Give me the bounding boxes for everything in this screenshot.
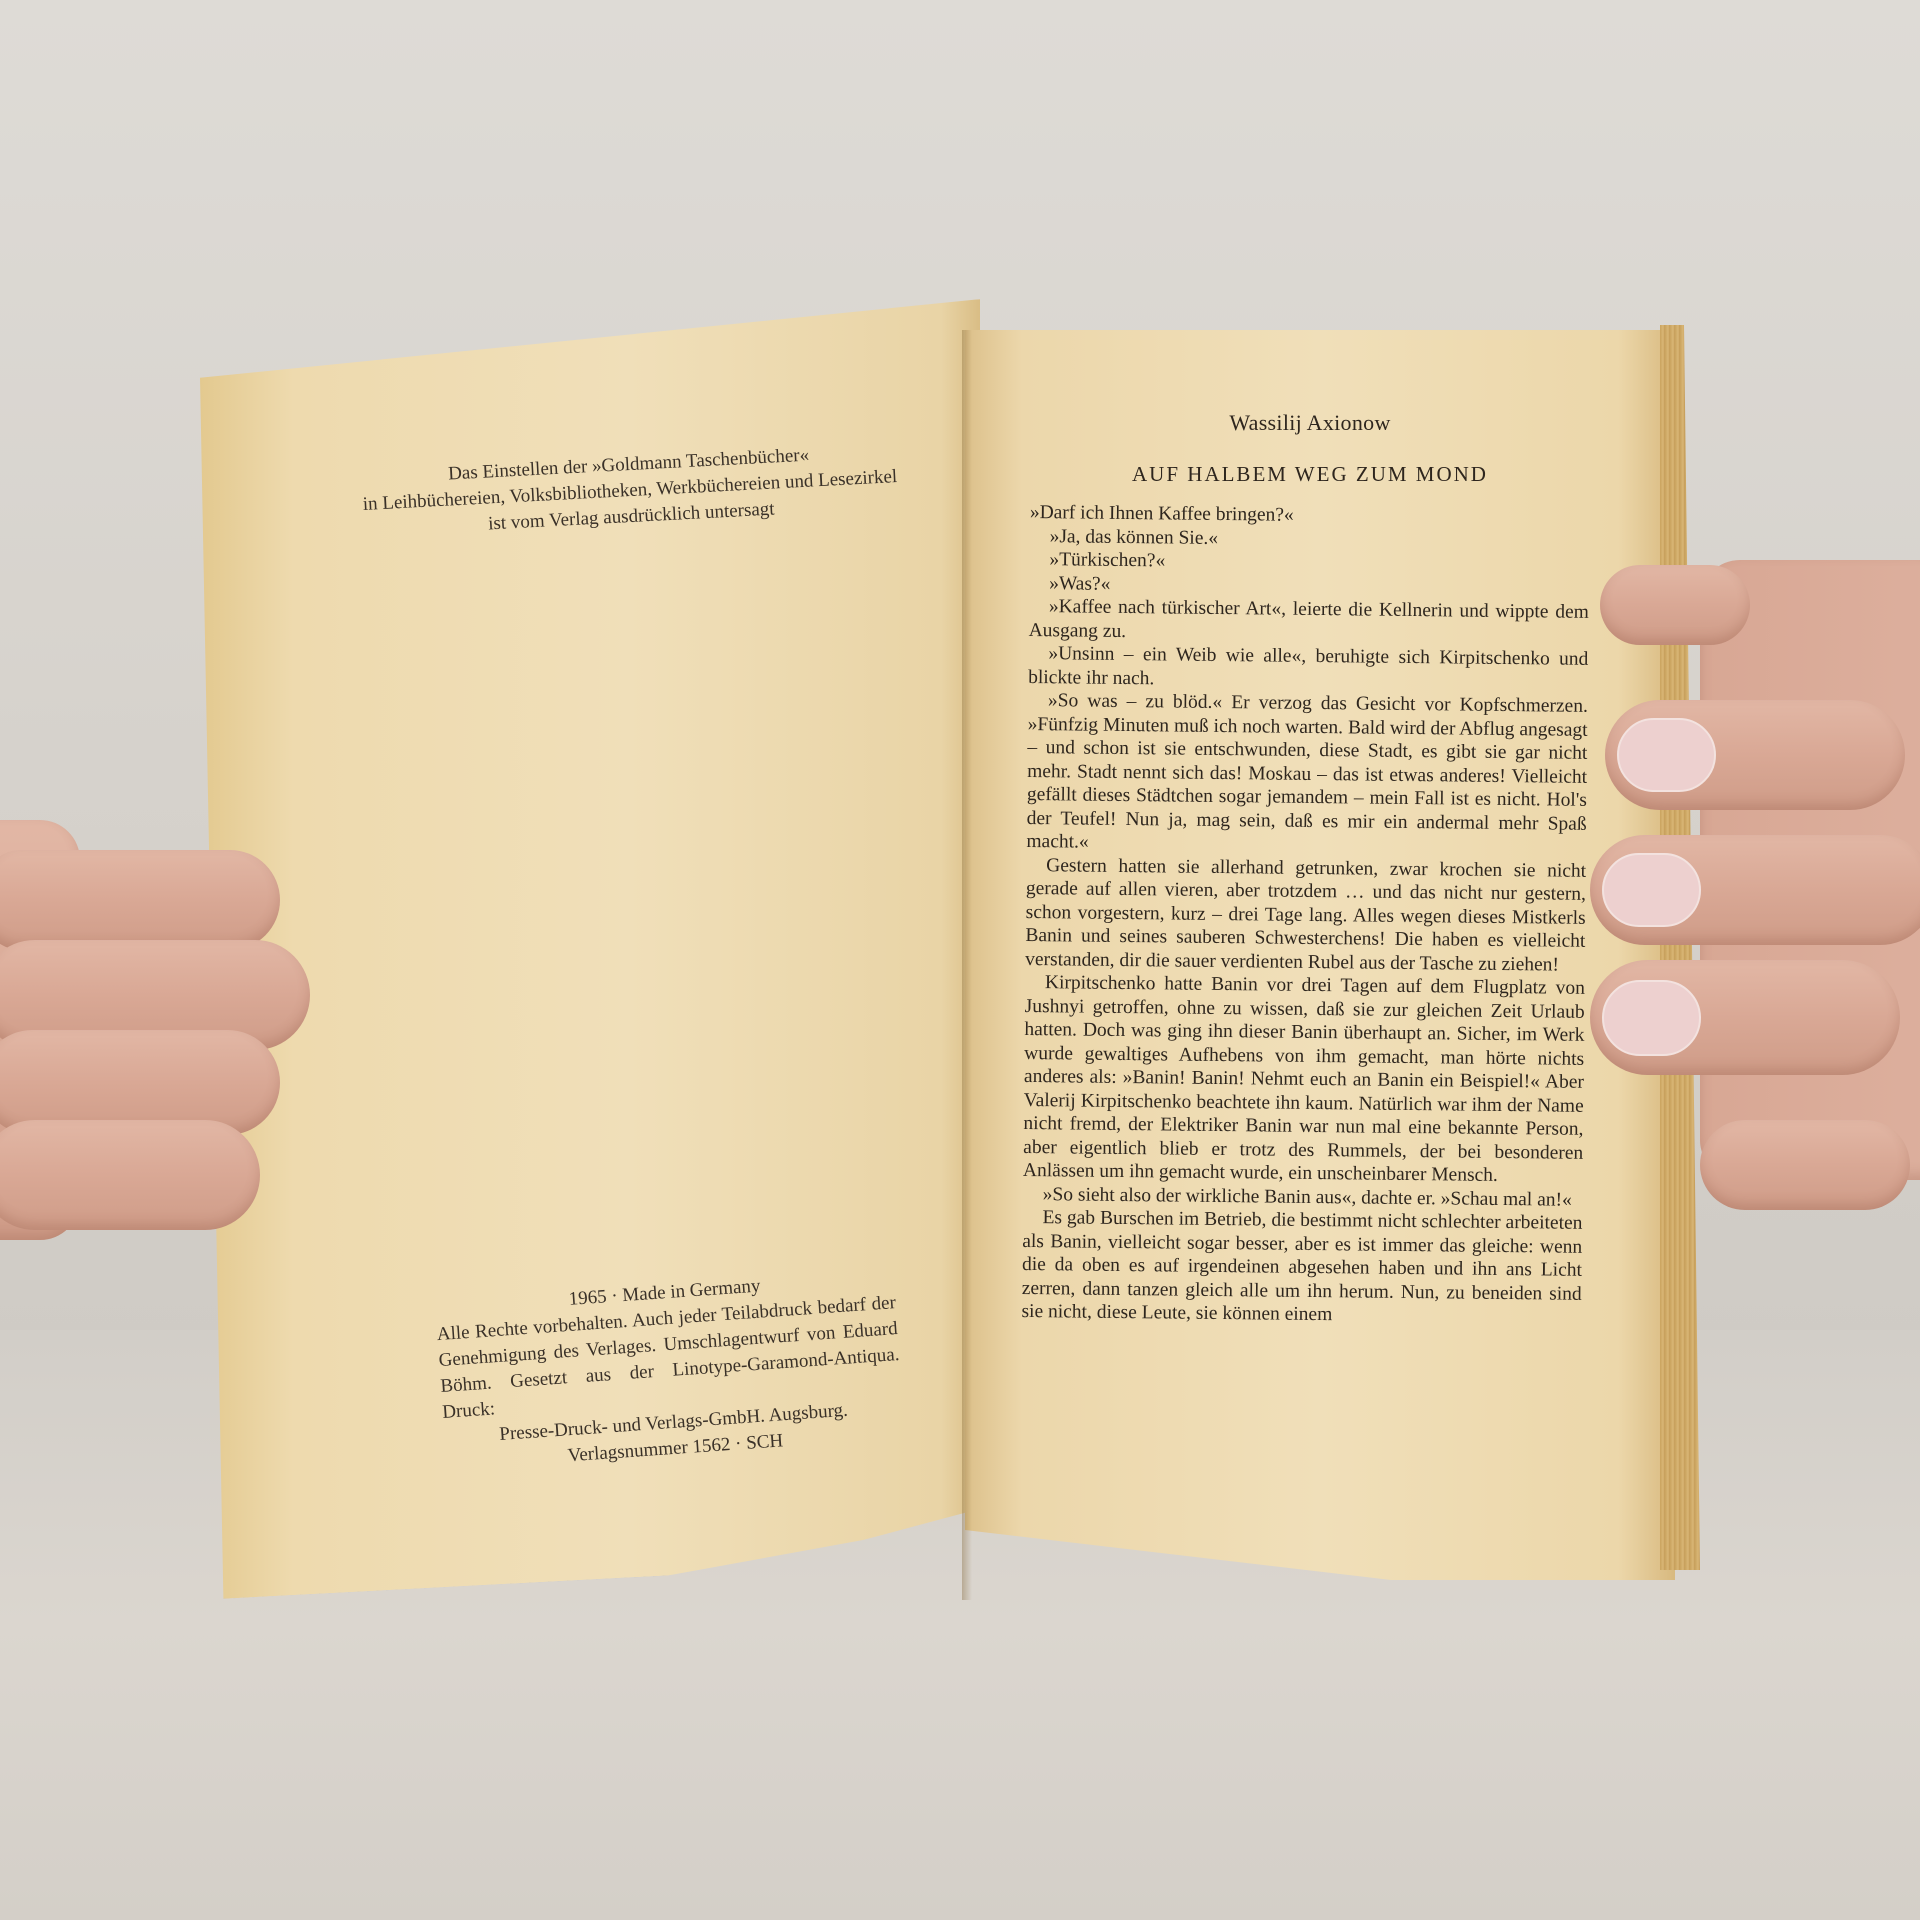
- right-finger: [1700, 1120, 1910, 1210]
- paragraph: Kirpitschenko hatte Banin vor drei Tagen…: [1023, 971, 1585, 1188]
- story-page: Wassilij Axionow AUF HALBEM WEG ZUM MOND…: [1030, 410, 1590, 1324]
- story-body: »Darf ich Ihnen Kaffee bringen?« »Ja, da…: [1021, 501, 1590, 1329]
- paragraph: »Kaffee nach türkischer Art«, leierte di…: [1029, 595, 1589, 648]
- imprint: 1965 · Made in Germany Alle Rechte vorbe…: [434, 1264, 906, 1478]
- fingernail: [1617, 718, 1716, 792]
- book-gutter: [962, 330, 972, 1600]
- paragraph: »So was – zu blöd.« Er verzog das Gesich…: [1026, 689, 1588, 859]
- left-finger: [0, 1120, 260, 1230]
- author-name: Wassilij Axionow: [1030, 410, 1590, 436]
- paragraph: Gestern hatten sie allerhand getrunken, …: [1025, 853, 1586, 976]
- paragraph: Es gab Burschen im Betrieb, die bestimmt…: [1021, 1206, 1582, 1329]
- right-finger: [1605, 700, 1905, 810]
- right-thumb: [1600, 565, 1750, 645]
- story-title: AUF HALBEM WEG ZUM MOND: [1030, 462, 1590, 487]
- right-finger: [1590, 960, 1900, 1075]
- fingernail: [1602, 853, 1701, 927]
- left-finger: [0, 850, 280, 950]
- paragraph: »Unsinn – ein Weib wie alle«, beruhigte …: [1028, 642, 1588, 695]
- page-edges: [1660, 325, 1700, 1570]
- fingernail: [1602, 980, 1701, 1056]
- right-finger: [1590, 835, 1920, 945]
